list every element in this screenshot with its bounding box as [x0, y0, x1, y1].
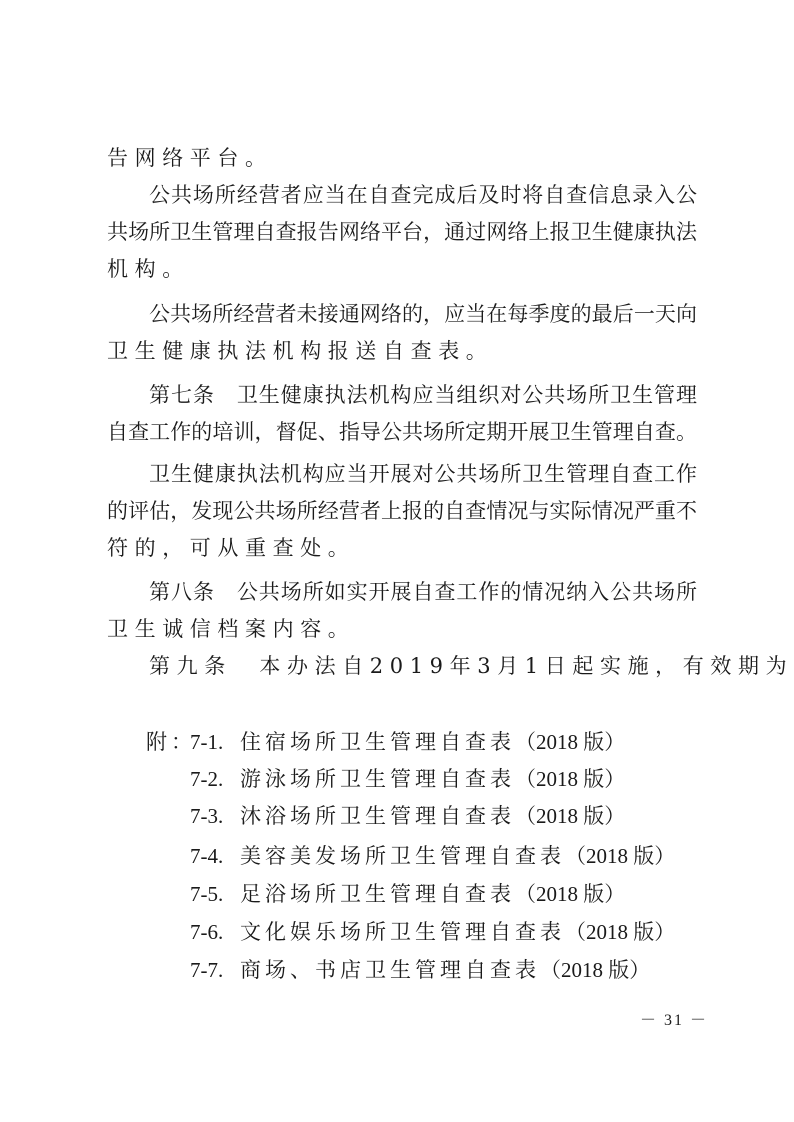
attachment-title: 文化娱乐场所卫生管理自查表	[240, 920, 565, 944]
attachment-version: （2018 版）	[515, 882, 625, 906]
attachment-number: 7-4.	[190, 842, 240, 870]
body-line: 第八条 公共场所如实开展自查工作的情况纳入公共场所	[149, 578, 697, 606]
attachment-item: 7-5.足浴场所卫生管理自查表（2018 版）	[190, 880, 625, 908]
body-line: 卫生诚信档案内容。	[107, 615, 697, 643]
attachment-item: 7-3.沐浴场所卫生管理自查表（2018 版）	[190, 802, 625, 830]
attachment-item: 7-1.住宿场所卫生管理自查表（2018 版）	[190, 728, 625, 756]
attachment-title: 美容美发场所卫生管理自查表	[240, 844, 565, 868]
attachment-number: 7-6.	[190, 918, 240, 946]
attachment-version: （2018 版）	[515, 804, 625, 828]
body-line: 共场所卫生管理自查报告网络平台，通过网络上报卫生健康执法	[107, 218, 697, 246]
attachment-number: 7-5.	[190, 880, 240, 908]
page-number: － 31 －	[640, 1007, 708, 1030]
attachment-number: 7-3.	[190, 802, 240, 830]
attachment-title: 沐浴场所卫生管理自查表	[240, 804, 515, 828]
body-line: 第七条 卫生健康执法机构应当组织对公共场所卫生管理	[149, 381, 697, 409]
attachment-item: 7-2.游泳场所卫生管理自查表（2018 版）	[190, 765, 625, 793]
body-line: 告网络平台。	[107, 144, 697, 172]
body-line: 符的，可从重查处。	[107, 534, 697, 562]
attachment-version: （2018 版）	[515, 730, 625, 754]
attachment-number: 7-2.	[190, 765, 240, 793]
attachment-number: 7-7.	[190, 956, 240, 984]
attachment-version: （2018 版）	[565, 920, 675, 944]
body-line: 自查工作的培训，督促、指导公共场所定期开展卫生管理自查。	[107, 418, 697, 446]
document-page: 告网络平台。公共场所经营者应当在自查完成后及时将自查信息录入公共场所卫生管理自查…	[0, 0, 794, 1122]
attachment-title: 商场、书店卫生管理自查表	[240, 958, 540, 982]
attachment-item: 7-6.文化娱乐场所卫生管理自查表（2018 版）	[190, 918, 675, 946]
body-line: 公共场所经营者应当在自查完成后及时将自查信息录入公	[149, 181, 697, 209]
attachment-title: 足浴场所卫生管理自查表	[240, 882, 515, 906]
attachment-prefix: 附：	[146, 728, 196, 756]
attachment-item: 7-7.商场、书店卫生管理自查表（2018 版）	[190, 956, 650, 984]
body-line: 卫生健康执法机构报送自查表。	[107, 337, 697, 365]
body-line: 公共场所经营者未接通网络的，应当在每季度的最后一天向	[149, 300, 697, 328]
attachment-title: 住宿场所卫生管理自查表	[240, 730, 515, 754]
attachment-version: （2018 版）	[565, 844, 675, 868]
attachment-item: 7-4.美容美发场所卫生管理自查表（2018 版）	[190, 842, 675, 870]
attachment-title: 游泳场所卫生管理自查表	[240, 767, 515, 791]
attachment-number: 7-1.	[190, 728, 240, 756]
body-line: 的评估，发现公共场所经营者上报的自查情况与实际情况严重不	[107, 497, 697, 525]
body-line: 第九条 本办法自2019年3月1日起实施，有效期为五年。	[149, 652, 697, 680]
body-line: 卫生健康执法机构应当开展对公共场所卫生管理自查工作	[149, 460, 697, 488]
body-line: 机构。	[107, 255, 697, 283]
attachment-version: （2018 版）	[540, 958, 650, 982]
attachment-version: （2018 版）	[515, 767, 625, 791]
